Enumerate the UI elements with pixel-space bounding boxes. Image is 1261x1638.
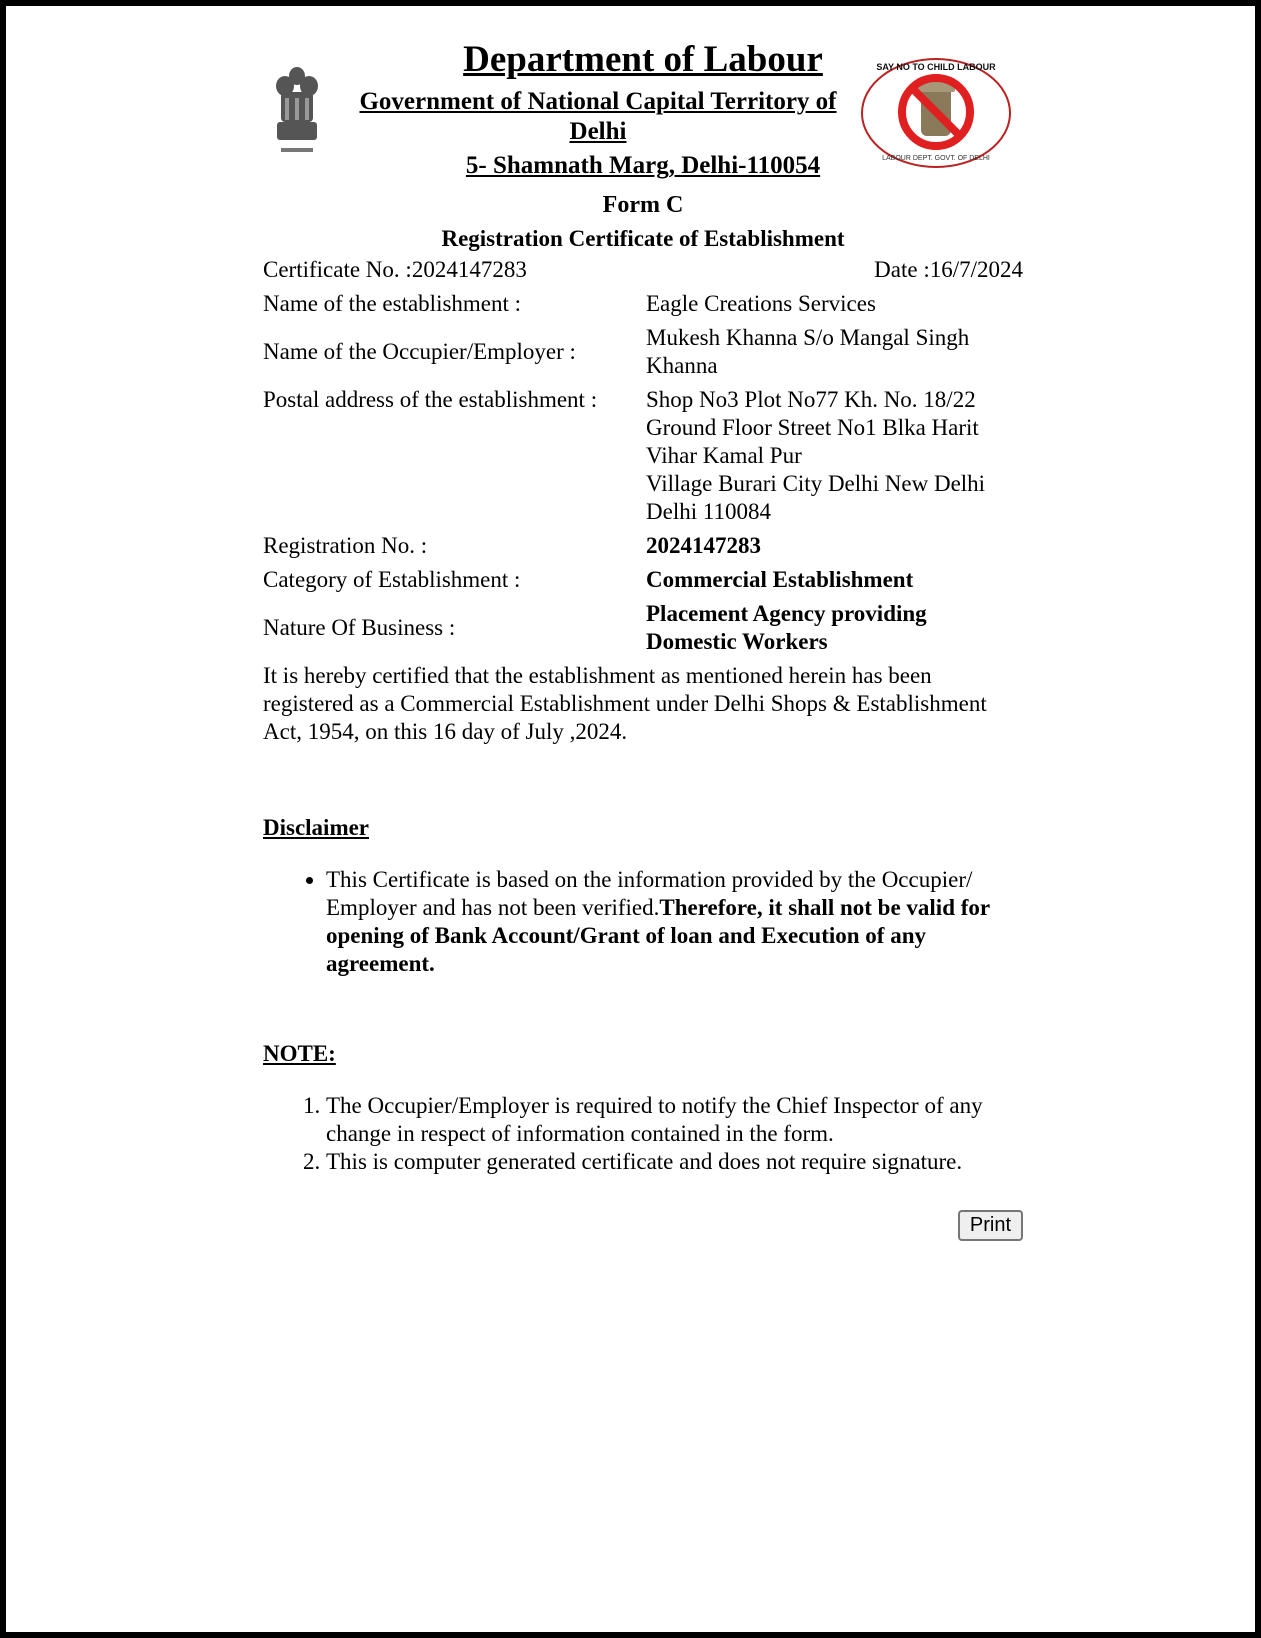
svg-text:LABOUR DEPT. GOVT. OF DELHI: LABOUR DEPT. GOVT. OF DELHI xyxy=(882,155,990,162)
detail-value: Eagle Creations Services xyxy=(646,290,1023,318)
certificate-number: Certificate No. :2024147283 xyxy=(263,256,527,284)
form-name: Form C xyxy=(263,188,1023,222)
note-heading: NOTE: xyxy=(263,1040,1023,1068)
disclaimer-heading: Disclaimer xyxy=(263,814,1023,842)
certificate-date: Date :16/7/2024 xyxy=(874,256,1023,284)
detail-value-line: Commercial Establishment xyxy=(646,566,1023,594)
detail-row: Category of Establishment :Commercial Es… xyxy=(263,566,1023,594)
detail-value: Commercial Establishment xyxy=(646,566,1023,594)
detail-row: Nature Of Business :Placement Agency pro… xyxy=(263,600,1023,656)
form-title: Registration Certificate of Establishmen… xyxy=(263,222,1023,256)
disclaimer-list: This Certificate is based on the informa… xyxy=(263,866,1023,978)
detail-value-line: Placement Agency providing Domestic Work… xyxy=(646,600,1023,656)
detail-value-line: Village Burari City Delhi New Delhi Delh… xyxy=(646,470,1023,526)
detail-row: Postal address of the establishment :Sho… xyxy=(263,386,1023,526)
detail-value: Shop No3 Plot No77 Kh. No. 18/22 Ground … xyxy=(646,386,1023,526)
notes-list: The Occupier/Employer is required to not… xyxy=(263,1092,1023,1176)
letterhead: Department of Labour Government of Natio… xyxy=(263,6,1023,184)
detail-value: Placement Agency providing Domestic Work… xyxy=(646,600,1023,656)
detail-value-line: Shop No3 Plot No77 Kh. No. 18/22 Ground … xyxy=(646,386,1023,470)
detail-value: 2024147283 xyxy=(646,532,1023,560)
detail-label: Category of Establishment : xyxy=(263,566,646,594)
detail-row: Name of the establishment :Eagle Creatio… xyxy=(263,290,1023,318)
detail-value-line: Eagle Creations Services xyxy=(646,290,1023,318)
detail-label: Postal address of the establishment : xyxy=(263,386,646,526)
detail-label: Nature Of Business : xyxy=(263,614,646,642)
certification-statement: It is hereby certified that the establis… xyxy=(263,662,1023,746)
certificate-document: Department of Labour Government of Natio… xyxy=(263,6,1023,1241)
government-subtitle: Government of National Capital Territory… xyxy=(333,87,863,147)
detail-label: Name of the Occupier/Employer : xyxy=(263,338,646,366)
details-table: Name of the establishment :Eagle Creatio… xyxy=(263,290,1023,656)
say-no-to-child-labour-icon: SAY NO TO CHILD LABOUR LABOUR DEPT. GOVT… xyxy=(859,56,1013,170)
detail-label: Name of the establishment : xyxy=(263,290,646,318)
print-button[interactable]: Print xyxy=(958,1210,1023,1241)
certificate-page: Department of Labour Government of Natio… xyxy=(6,6,1255,1632)
detail-row: Name of the Occupier/Employer :Mukesh Kh… xyxy=(263,324,1023,380)
disclaimer-item: This Certificate is based on the informa… xyxy=(326,866,1023,978)
certificate-header-row: Certificate No. :2024147283 Date :16/7/2… xyxy=(263,256,1023,284)
note-item: This is computer generated certificate a… xyxy=(326,1148,1023,1176)
svg-text:SAY NO TO CHILD LABOUR: SAY NO TO CHILD LABOUR xyxy=(876,62,996,72)
note-item: The Occupier/Employer is required to not… xyxy=(326,1092,1023,1148)
detail-label: Registration No. : xyxy=(263,532,646,560)
detail-value-line: 2024147283 xyxy=(646,532,1023,560)
detail-row: Registration No. :2024147283 xyxy=(263,532,1023,560)
detail-value-line: Mukesh Khanna S/o Mangal Singh Khanna xyxy=(646,324,1023,380)
detail-value: Mukesh Khanna S/o Mangal Singh Khanna xyxy=(646,324,1023,380)
